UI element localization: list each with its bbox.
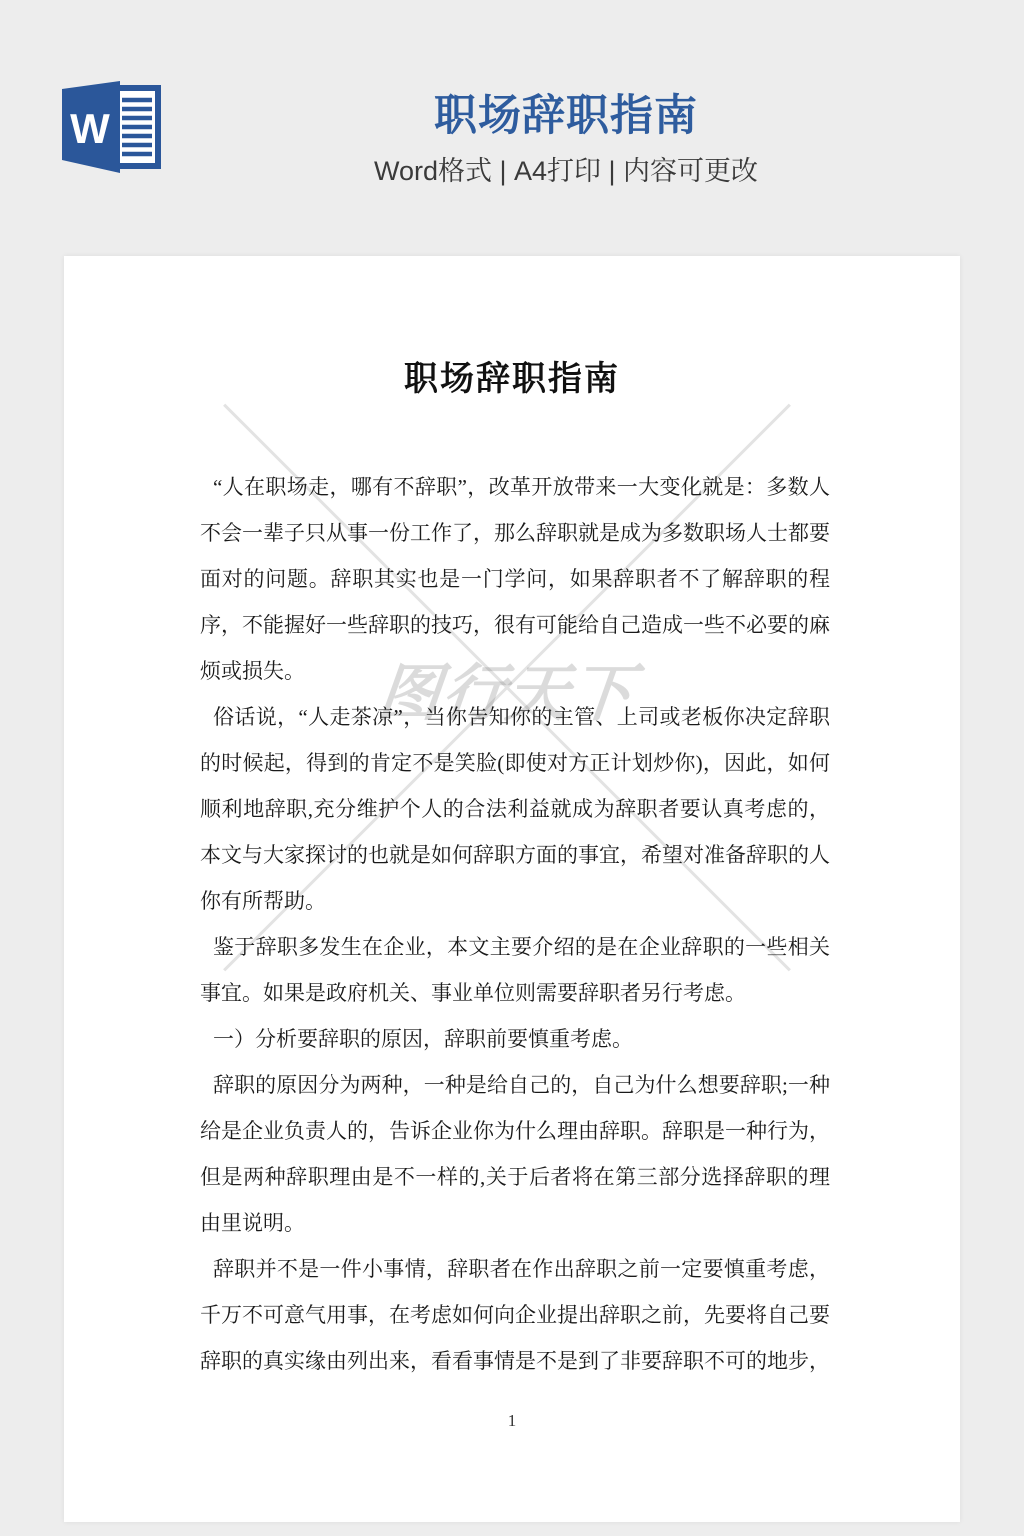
paragraph: 辞职的原因分为两种，一种是给自己的，自己为什么想要辞职;一种给是企业负责人的，告… — [200, 1062, 830, 1246]
header-title: 职场辞职指南 — [434, 92, 698, 140]
page-number: 1 — [64, 1411, 960, 1431]
section-heading: 一）分析要辞职的原因，辞职前要慎重考虑。 — [200, 1016, 830, 1062]
paragraph: “人在职场走，哪有不辞职”，改革开放带来一大变化就是：多数人不会一辈子只从事一份… — [200, 464, 830, 694]
header: W 职场辞职指南 Word格式 | A4打印 | 内容可更改 — [0, 0, 1024, 256]
word-icon-letter: W — [70, 105, 110, 152]
word-icon-document-sheet — [114, 88, 158, 166]
document-page: 图行天下 职场辞职指南 “人在职场走，哪有不辞职”，改革开放带来一大变化就是：多… — [64, 256, 960, 1522]
template-preview-screen: { "header": { "title": "职场辞职指南", "subtit… — [0, 0, 1024, 1536]
header-subtitle: Word格式 | A4打印 | 内容可更改 — [374, 154, 758, 188]
paragraph: 鉴于辞职多发生在企业，本文主要介绍的是在企业辞职的一些相关事宜。如果是政府机关、… — [200, 924, 830, 1016]
document-title: 职场辞职指南 — [64, 358, 960, 402]
document-body: “人在职场走，哪有不辞职”，改革开放带来一大变化就是：多数人不会一辈子只从事一份… — [64, 464, 960, 1384]
paragraph: 辞职并不是一件小事情，辞职者在作出辞职之前一定要慎重考虑，千万不可意气用事，在考… — [200, 1246, 830, 1384]
word-icon: W — [60, 80, 162, 174]
paragraph: 俗话说，“人走茶凉”，当你告知你的主管、上司或老板你决定辞职的时候起，得到的肯定… — [200, 694, 830, 924]
